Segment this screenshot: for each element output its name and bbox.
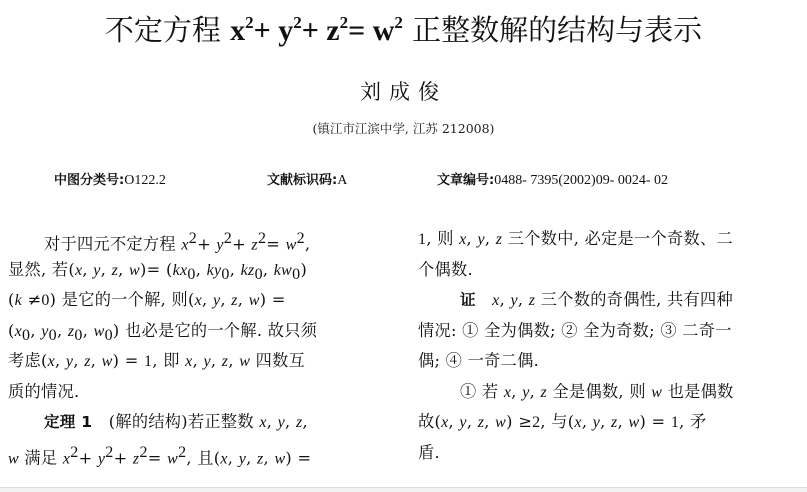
doc-code-value: A xyxy=(337,173,347,188)
clc-value: O122.2 xyxy=(124,173,166,188)
text-line: 个偶数. xyxy=(418,255,793,286)
theorem-line: 定理 1 (解的结构)若正整数 x, y, z, xyxy=(8,407,380,438)
text-line: w 满足 x2+ y2+ z2= w2, 且(x, y, z, w) = xyxy=(8,438,380,469)
proof-line: 证 x, y, z 三个数的奇偶性, 共有四种 xyxy=(418,285,793,316)
article-no-label: 文章编号: xyxy=(437,173,494,188)
title-prefix: 不定方程 xyxy=(105,13,221,47)
text-line: 质的情况. xyxy=(8,377,380,408)
theorem-label: 定理 1 xyxy=(44,413,92,431)
author-name: 刘成俊 xyxy=(0,78,807,106)
text-line: 偶; ④ 一奇二偶. xyxy=(418,346,793,377)
article-number: 文章编号:0488- 7395(2002)09- 0024- 02 xyxy=(437,171,668,190)
doc-code-label: 文献标识码: xyxy=(267,173,337,188)
text-line: 故(x, y, z, w) ≥2, 与(x, y, z, w) = 1, 矛 xyxy=(418,407,793,438)
text-line: ① 若 x, y, z 全是偶数, 则 w 也是偶数 xyxy=(418,377,793,408)
title-equation: x2+ y2+ z2= w2 xyxy=(230,14,403,47)
right-column: 1, 则 x, y, z 三个数中, 必定是一个奇数、二 个偶数. 证 x, y… xyxy=(418,224,793,468)
clc-label: 中图分类号: xyxy=(54,173,124,188)
clc-number: 中图分类号:O122.2 xyxy=(54,171,166,190)
title-suffix: 正整数解的结构与表示 xyxy=(412,13,702,47)
document-code: 文献标识码:A xyxy=(267,171,347,190)
paper-title: 不定方程 x2+ y2+ z2= w2 正整数解的结构与表示 xyxy=(0,10,807,51)
text-line: (k ≠0) 是它的一个解, 则(x, y, z, w) = xyxy=(8,285,380,316)
proof-label: 证 xyxy=(460,291,476,309)
text-line: 对于四元不定方程 x2+ y2+ z2= w2, xyxy=(8,224,380,255)
text-line: 1, 则 x, y, z 三个数中, 必定是一个奇数、二 xyxy=(418,224,793,255)
text-line: 盾. xyxy=(418,438,793,469)
left-column: 对于四元不定方程 x2+ y2+ z2= w2, 显然, 若(x, y, z, … xyxy=(8,224,380,468)
text-line: 情况: ① 全为偶数; ② 全为奇数; ③ 二奇一 xyxy=(418,316,793,347)
author-affiliation: (镇江市江滨中学, 江苏 212008) xyxy=(0,120,807,138)
text-line: (x0, y0, z0, w0) 也必是它的一个解. 故只须 xyxy=(8,316,380,347)
theorem-name: (解的结构) xyxy=(109,412,188,431)
text-line: 考虑(x, y, z, w) = 1, 即 x, y, z, w 四数互 xyxy=(8,346,380,377)
text-line: 显然, 若(x, y, z, w)= (kx0, ky0, kz0, kw0) xyxy=(8,255,380,286)
article-no-value: 0488- 7395(2002)09- 0024- 02 xyxy=(494,173,668,188)
page-bottom-edge xyxy=(0,487,807,492)
